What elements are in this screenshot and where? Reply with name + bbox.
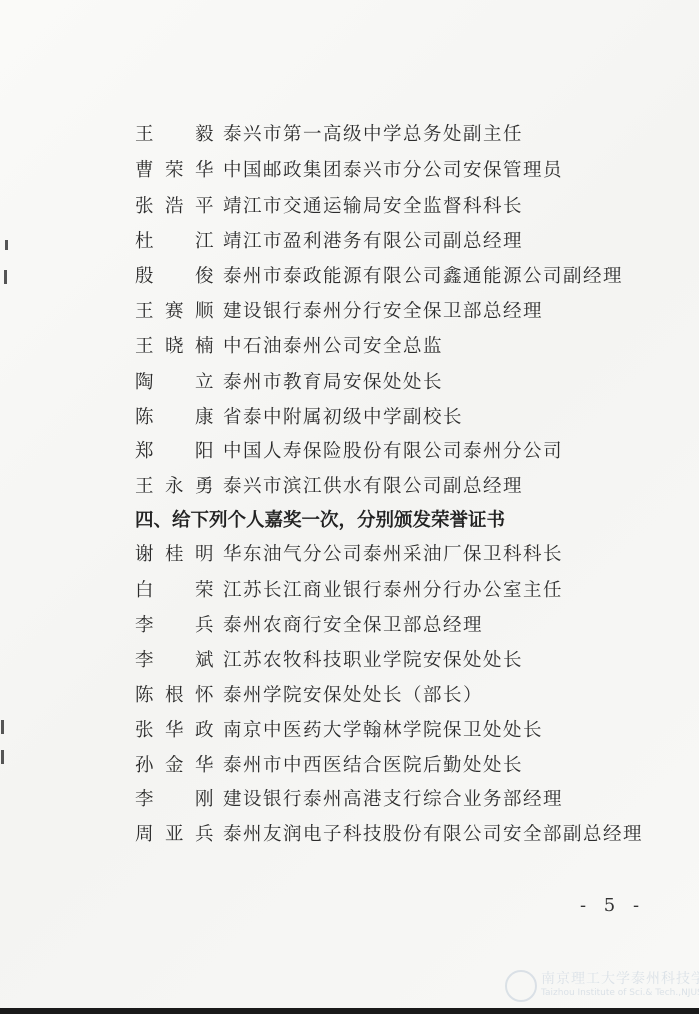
binding-mark bbox=[1, 750, 4, 764]
name-char: 勇 bbox=[195, 474, 215, 500]
name-char: 陈 bbox=[135, 405, 155, 431]
awardee-name: 孙金华 bbox=[135, 753, 215, 779]
name-char: 孙 bbox=[135, 753, 155, 779]
name-char: 明 bbox=[195, 542, 215, 568]
awardee-name: 谢桂明 bbox=[135, 542, 215, 568]
name-char: 荣 bbox=[165, 158, 185, 184]
name-char: 晓 bbox=[165, 334, 185, 360]
name-char: 谢 bbox=[135, 542, 155, 568]
name-char: 根 bbox=[165, 683, 185, 709]
name-char: 金 bbox=[165, 753, 185, 779]
name-char: 华 bbox=[195, 158, 215, 184]
name-char: 张 bbox=[135, 718, 155, 744]
awardee-title: 建设银行泰州高港支行综合业务部经理 bbox=[223, 787, 563, 813]
name-char: 张 bbox=[135, 194, 155, 220]
awardee-title: 泰州市教育局安保处处长 bbox=[223, 370, 443, 396]
awardee-title: 中国邮政集团泰兴市分公司安保管理员 bbox=[223, 158, 563, 184]
watermark-cn: 南京理工大学泰州科技学院 bbox=[541, 968, 699, 988]
name-char: 华 bbox=[195, 753, 215, 779]
name-char: 赛 bbox=[165, 299, 185, 325]
awardee-title: 江苏长江商业银行泰州分行办公室主任 bbox=[223, 578, 563, 604]
awardee-name: 殷俊 bbox=[135, 264, 215, 290]
awardee-title: 泰兴市滨江供水有限公司副总经理 bbox=[223, 474, 523, 500]
name-char: 刚 bbox=[195, 787, 215, 813]
name-char: 楠 bbox=[195, 334, 215, 360]
name-char: 陈 bbox=[135, 683, 155, 709]
name-char: 政 bbox=[195, 718, 215, 744]
awardee-name: 王赛顺 bbox=[135, 299, 215, 325]
awardee-name: 张华政 bbox=[135, 718, 215, 744]
awardee-title: 江苏农牧科技职业学院安保处处长 bbox=[223, 648, 523, 674]
name-char: 王 bbox=[135, 334, 155, 360]
section4-heading: 四、给下列个人嘉奖一次，分别颁发荣誉证书 bbox=[135, 508, 505, 534]
awardee-title: 靖江市盈利港务有限公司副总经理 bbox=[223, 229, 523, 255]
document-page: 王毅泰兴市第一高级中学总务处副主任曹荣华中国邮政集团泰兴市分公司安保管理员张浩平… bbox=[0, 0, 699, 1014]
name-char: 王 bbox=[135, 122, 155, 148]
name-char: 立 bbox=[195, 370, 215, 396]
name-char: 曹 bbox=[135, 158, 155, 184]
awardee-name: 杜江 bbox=[135, 229, 215, 255]
awardee-name: 王晓楠 bbox=[135, 334, 215, 360]
name-char: 王 bbox=[135, 474, 155, 500]
awardee-title: 泰州市中西医结合医院后勤处处长 bbox=[223, 753, 523, 779]
name-char: 郑 bbox=[135, 439, 155, 465]
name-char: 怀 bbox=[195, 683, 215, 709]
awardee-title: 华东油气分公司泰州采油厂保卫科科长 bbox=[223, 542, 563, 568]
awardee-title: 泰州学院安保处处长（部长） bbox=[223, 683, 483, 709]
awardee-name: 李兵 bbox=[135, 613, 215, 639]
name-char: 周 bbox=[135, 822, 155, 848]
awardee-title: 泰兴市第一高级中学总务处副主任 bbox=[223, 122, 523, 148]
name-char: 殷 bbox=[135, 264, 155, 290]
awardee-title: 中石油泰州公司安全总监 bbox=[223, 334, 443, 360]
name-char: 浩 bbox=[165, 194, 185, 220]
name-char: 陶 bbox=[135, 370, 155, 396]
awardee-name: 白荣 bbox=[135, 578, 215, 604]
scan-edge bbox=[0, 1008, 699, 1014]
awardee-title: 中国人寿保险股份有限公司泰州分公司 bbox=[223, 439, 563, 465]
awardee-title: 建设银行泰州分行安全保卫部总经理 bbox=[223, 299, 543, 325]
awardee-name: 李刚 bbox=[135, 787, 215, 813]
name-char: 平 bbox=[195, 194, 215, 220]
binding-mark bbox=[5, 240, 8, 250]
name-char: 兵 bbox=[195, 822, 215, 848]
school-logo-icon bbox=[505, 970, 537, 1002]
awardee-name: 李斌 bbox=[135, 648, 215, 674]
name-char: 李 bbox=[135, 613, 155, 639]
name-char: 兵 bbox=[195, 613, 215, 639]
awardee-title: 靖江市交通运输局安全监督科科长 bbox=[223, 194, 523, 220]
awardee-title: 泰州市泰政能源有限公司鑫通能源公司副经理 bbox=[223, 264, 623, 290]
awardee-name: 郑阳 bbox=[135, 439, 215, 465]
awardee-name: 陈康 bbox=[135, 405, 215, 431]
watermark-en: Taizhou Institute of Sci.& Tech.,NJUST. bbox=[541, 988, 699, 998]
awardee-name: 陶立 bbox=[135, 370, 215, 396]
name-char: 阳 bbox=[195, 439, 215, 465]
name-char: 白 bbox=[135, 578, 155, 604]
name-char: 斌 bbox=[195, 648, 215, 674]
awardee-title: 泰州农商行安全保卫部总经理 bbox=[223, 613, 483, 639]
awardee-title: 泰州友润电子科技股份有限公司安全部副总经理 bbox=[223, 822, 643, 848]
name-char: 王 bbox=[135, 299, 155, 325]
awardee-name: 曹荣华 bbox=[135, 158, 215, 184]
name-char: 华 bbox=[165, 718, 185, 744]
name-char: 康 bbox=[195, 405, 215, 431]
name-char: 顺 bbox=[195, 299, 215, 325]
awardee-name: 王永勇 bbox=[135, 474, 215, 500]
awardee-title: 南京中医药大学翰林学院保卫处处长 bbox=[223, 718, 543, 744]
name-char: 李 bbox=[135, 648, 155, 674]
awardee-name: 张浩平 bbox=[135, 194, 215, 220]
awardee-title: 省泰中附属初级中学副校长 bbox=[223, 405, 463, 431]
name-char: 俊 bbox=[195, 264, 215, 290]
awardee-name: 周亚兵 bbox=[135, 822, 215, 848]
binding-mark bbox=[1, 720, 4, 734]
binding-mark bbox=[4, 270, 7, 284]
name-char: 李 bbox=[135, 787, 155, 813]
watermark: 南京理工大学泰州科技学院 Taizhou Institute of Sci.& … bbox=[505, 968, 699, 1008]
name-char: 亚 bbox=[165, 822, 185, 848]
name-char: 永 bbox=[165, 474, 185, 500]
awardee-name: 王毅 bbox=[135, 122, 215, 148]
name-char: 江 bbox=[195, 229, 215, 255]
name-char: 荣 bbox=[195, 578, 215, 604]
name-char: 毅 bbox=[195, 122, 215, 148]
awardee-name: 陈根怀 bbox=[135, 683, 215, 709]
name-char: 桂 bbox=[165, 542, 185, 568]
page-number: - 5 - bbox=[580, 895, 645, 916]
name-char: 杜 bbox=[135, 229, 155, 255]
